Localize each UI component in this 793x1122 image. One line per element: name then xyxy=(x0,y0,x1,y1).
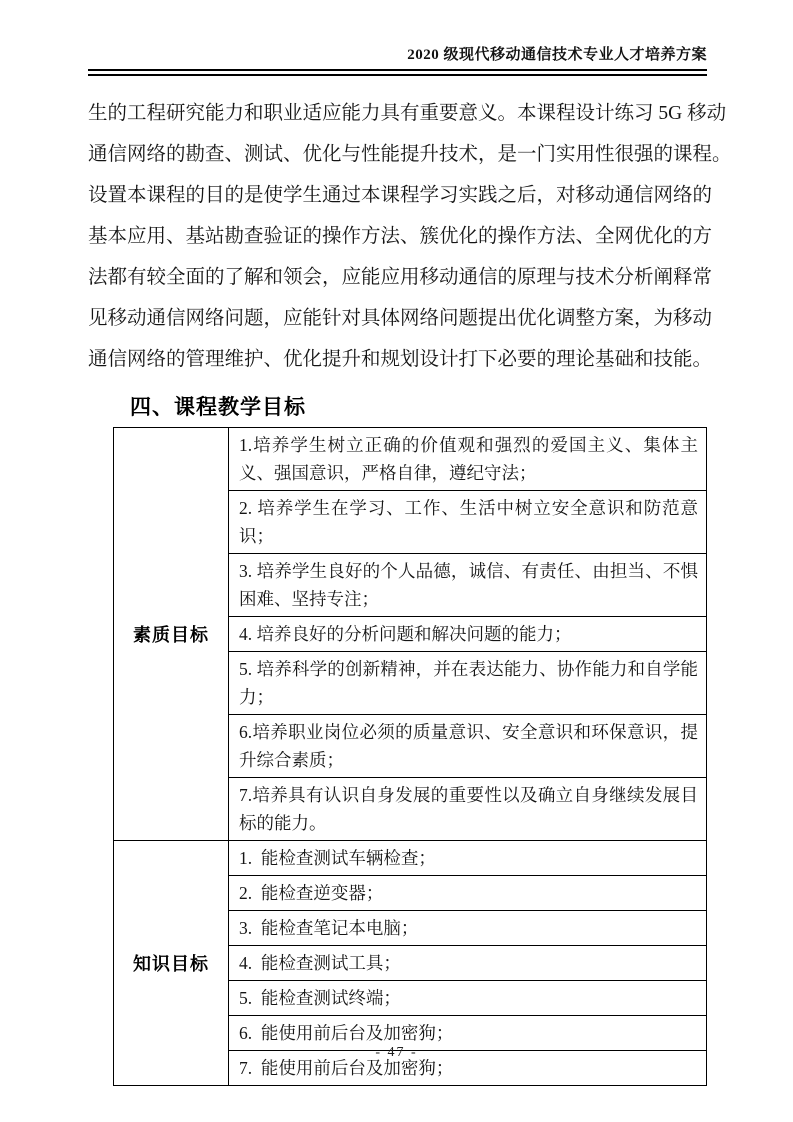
knowledge-goal-item: 4. 能检查测试工具； xyxy=(229,946,707,981)
body-line: 法都有较全面的了解和领会，应能应用移动通信的原理与技术分析阐释常 xyxy=(88,257,708,298)
cell-text: 5. 能检查测试终端； xyxy=(239,988,401,1008)
body-line: 生的工程研究能力和职业适应能力具有重要意义。本课程设计练习 5G 移动 xyxy=(88,93,708,134)
quality-goal-item: 7.培养具有认识自身发展的重要性以及确立自身继续发展目标的能力。 xyxy=(229,778,707,841)
document-page: 2020 级现代移动通信技术专业人才培养方案 生的工程研究能力和职业适应能力具有… xyxy=(0,0,793,1122)
quality-goal-item: 1.培养学生树立正确的价值观和强烈的爱国主义、集体主义、强国意识，严格自律，遵纪… xyxy=(229,428,707,491)
objectives-table: 素质目标 1.培养学生树立正确的价值观和强烈的爱国主义、集体主义、强国意识，严格… xyxy=(113,427,707,1086)
cell-text: 4. 培养良好的分析问题和解决问题的能力； xyxy=(239,624,572,644)
body-paragraph: 生的工程研究能力和职业适应能力具有重要意义。本课程设计练习 5G 移动 通信网络… xyxy=(88,93,708,380)
quality-goal-item: 5. 培养科学的创新精神，并在表达能力、协作能力和自学能力； xyxy=(229,652,707,715)
body-line: 通信网络的管理维护、优化提升和规划设计打下必要的理论基础和技能。 xyxy=(88,339,708,380)
knowledge-goal-item: 5. 能检查测试终端； xyxy=(229,981,707,1016)
cell-text: 3. 能检查笔记本电脑； xyxy=(239,918,418,938)
header-double-rule xyxy=(88,69,707,76)
section-heading: 四、课程教学目标 xyxy=(130,391,306,421)
table-row: 素质目标 1.培养学生树立正确的价值观和强烈的爱国主义、集体主义、强国意识，严格… xyxy=(114,428,707,491)
cell-text: 3. 培养学生良好的个人品德，诚信、有责任、由担当、不惧困难、坚持专注； xyxy=(239,561,698,609)
cell-text: 7. 能使用前后台及加密狗； xyxy=(239,1058,453,1078)
body-line: 通信网络的勘查、测试、优化与性能提升技术，是一门实用性很强的课程。 xyxy=(88,134,708,175)
page-header: 2020 级现代移动通信技术专业人才培养方案 xyxy=(88,44,707,76)
body-line: 设置本课程的目的是使学生通过本课程学习实践之后，对移动通信网络的 xyxy=(88,175,708,216)
cell-text: 4. 能检查测试工具； xyxy=(239,953,401,973)
cell-text: 2. 培养学生在学习、工作、生活中树立安全意识和防范意识； xyxy=(239,498,698,546)
knowledge-goal-item: 3. 能检查笔记本电脑； xyxy=(229,911,707,946)
knowledge-goal-item: 2. 能检查逆变器； xyxy=(229,876,707,911)
row-group-header-quality-goals: 素质目标 xyxy=(114,428,229,841)
knowledge-goal-item: 1. 能检查测试车辆检查； xyxy=(229,841,707,876)
quality-goal-item: 6.培养职业岗位必须的质量意识、安全意识和环保意识，提升综合素质； xyxy=(229,715,707,778)
cell-text: 6.培养职业岗位必须的质量意识、安全意识和环保意识，提升综合素质； xyxy=(239,722,698,770)
cell-text: 1. 能检查测试车辆检查； xyxy=(239,848,436,868)
body-line: 基本应用、基站勘查验证的操作方法、簇优化的操作方法、全网优化的方 xyxy=(88,216,708,257)
quality-goal-item: 2. 培养学生在学习、工作、生活中树立安全意识和防范意识； xyxy=(229,491,707,554)
quality-goal-item: 4. 培养良好的分析问题和解决问题的能力； xyxy=(229,617,707,652)
cell-text: 6. 能使用前后台及加密狗； xyxy=(239,1023,453,1043)
cell-text: 7.培养具有认识自身发展的重要性以及确立自身继续发展目标的能力。 xyxy=(239,785,698,833)
header-title: 2020 级现代移动通信技术专业人才培养方案 xyxy=(88,44,707,66)
cell-text: 1.培养学生树立正确的价值观和强烈的爱国主义、集体主义、强国意识，严格自律，遵纪… xyxy=(239,435,698,483)
page-number: - 47 - xyxy=(0,1045,793,1061)
cell-text: 5. 培养科学的创新精神，并在表达能力、协作能力和自学能力； xyxy=(239,659,698,707)
body-line: 见移动通信网络问题，应能针对具体网络问题提出优化调整方案，为移动 xyxy=(88,298,708,339)
table-row: 知识目标 1. 能检查测试车辆检查； xyxy=(114,841,707,876)
cell-text: 2. 能检查逆变器； xyxy=(239,883,383,903)
quality-goal-item: 3. 培养学生良好的个人品德，诚信、有责任、由担当、不惧困难、坚持专注； xyxy=(229,554,707,617)
